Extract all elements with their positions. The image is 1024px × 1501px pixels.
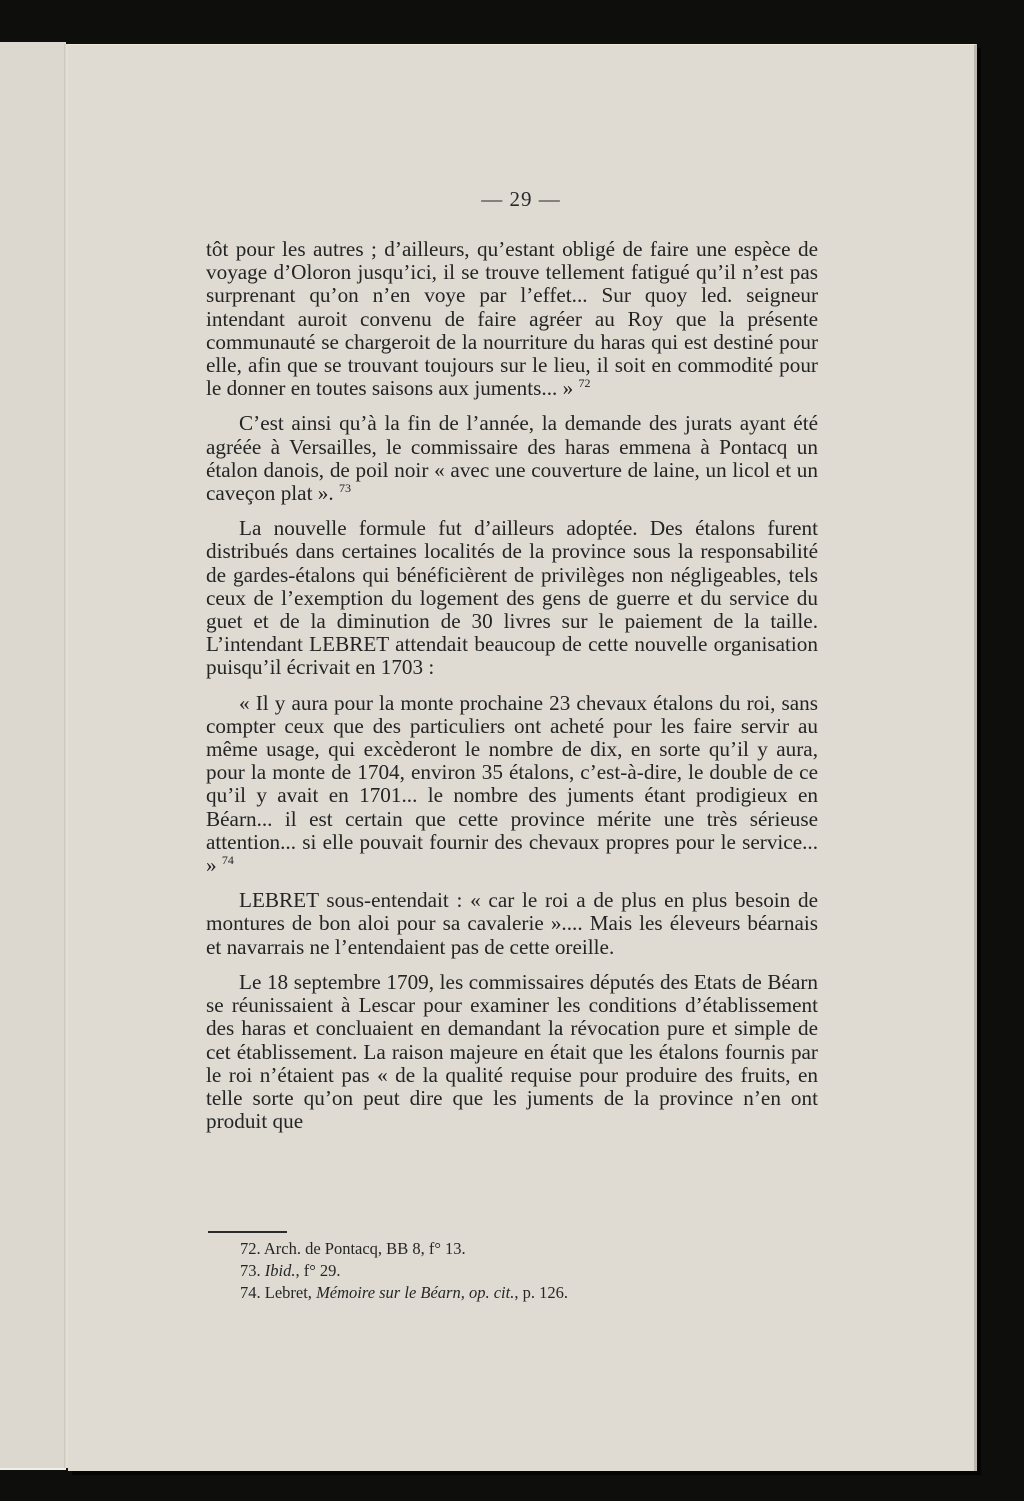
paragraph-1: tôt pour les autres ; d’ailleurs, qu’est…	[206, 238, 818, 400]
footnote-ref-72[interactable]: 72	[579, 376, 591, 390]
footnote-number: 74.	[240, 1283, 261, 1302]
footnote-ref-73[interactable]: 73	[339, 481, 351, 495]
footnote-74: 74. Lebret, Mémoire sur le Béarn, op. ci…	[240, 1282, 800, 1304]
footnote-text: Arch. de Pontacq, BB 8, f° 13.	[264, 1239, 466, 1258]
footnote-text-after: , p. 126.	[514, 1283, 568, 1302]
footnote-divider	[208, 1231, 287, 1233]
footnote-italic: Mémoire sur le Béarn, op. cit.	[316, 1283, 514, 1302]
footnote-text-after: , f° 29.	[295, 1261, 340, 1280]
right-page: — 29 — tôt pour les autres ; d’ailleurs,…	[68, 44, 977, 1471]
paragraph-text: Le 18 septembre 1709, les commissaires d…	[206, 970, 818, 1133]
body-text: tôt pour les autres ; d’ailleurs, qu’est…	[206, 238, 818, 1145]
paragraph-text: LEBRET sous-entendait : « car le roi a d…	[206, 888, 818, 958]
paragraph-text: tôt pour les autres ; d’ailleurs, qu’est…	[206, 237, 818, 400]
paragraph-6: Le 18 septembre 1709, les commissaires d…	[206, 971, 818, 1133]
footnote-number: 72.	[240, 1239, 261, 1258]
paragraph-text: La nouvelle formule fut d’ailleurs adopt…	[206, 516, 818, 679]
footnote-72: 72. Arch. de Pontacq, BB 8, f° 13.	[240, 1238, 800, 1260]
footnotes: 72. Arch. de Pontacq, BB 8, f° 13. 73. I…	[240, 1238, 800, 1304]
paragraph-text: « Il y aura pour la monte prochaine 23 c…	[206, 691, 818, 877]
footnote-73: 73. Ibid., f° 29.	[240, 1260, 800, 1282]
paragraph-2: C’est ainsi qu’à la fin de l’année, la d…	[206, 412, 818, 505]
page-number: — 29 —	[68, 187, 974, 212]
footnote-number: 73.	[240, 1261, 261, 1280]
paragraph-3: La nouvelle formule fut d’ailleurs adopt…	[206, 517, 818, 679]
footnote-italic: Ibid.	[265, 1261, 296, 1280]
footnote-text: Lebret,	[265, 1283, 316, 1302]
footnote-ref-74[interactable]: 74	[222, 853, 234, 867]
left-page-edge	[0, 42, 66, 1470]
block-quote-lebret: « Il y aura pour la monte prochaine 23 c…	[206, 692, 818, 878]
paragraph-5: LEBRET sous-entendait : « car le roi a d…	[206, 889, 818, 959]
paragraph-text: C’est ainsi qu’à la fin de l’année, la d…	[206, 411, 818, 505]
